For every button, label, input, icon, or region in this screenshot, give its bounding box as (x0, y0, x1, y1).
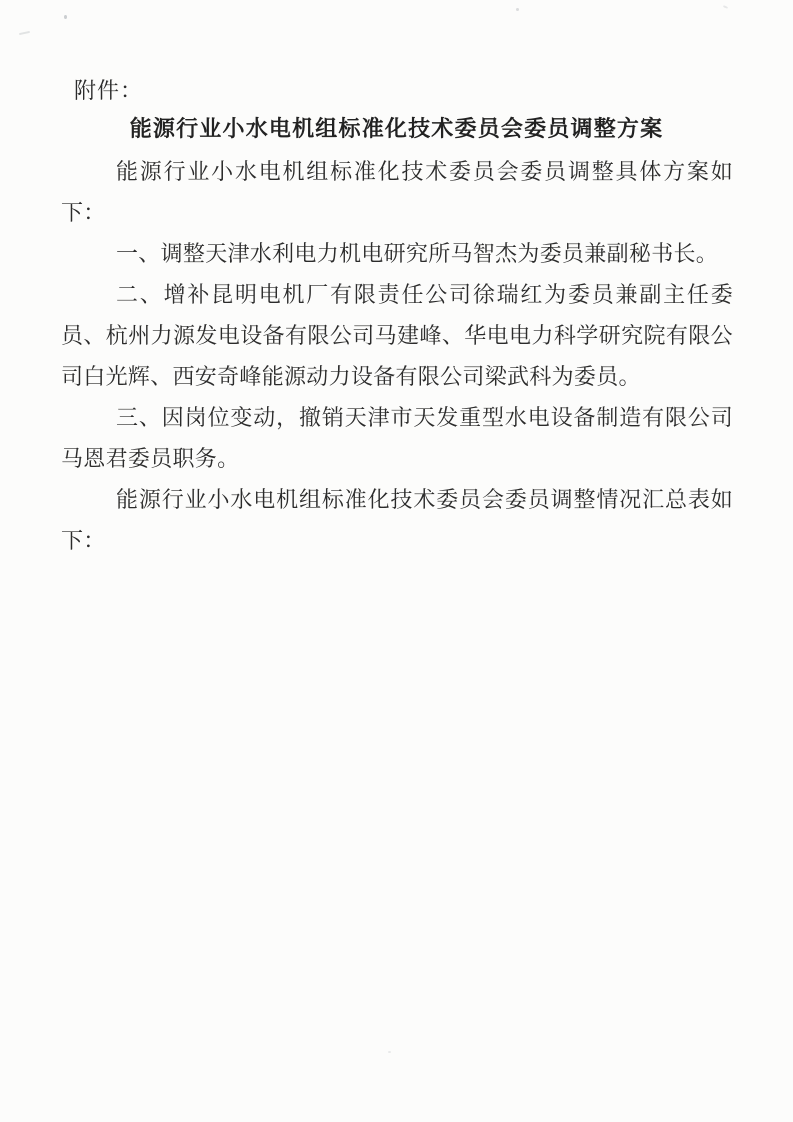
paragraph-item-3: 三、因岗位变动，撤销天津市天发重型水电设备制造有限公司马恩君委员职务。 (61, 397, 733, 479)
document-body: 能源行业小水电机组标准化技术委员会委员调整具体方案如下： 一、调整天津水利电力机… (61, 151, 733, 561)
scan-speck (19, 31, 30, 35)
scan-speck (516, 8, 519, 11)
paragraph-item-1: 一、调整天津水利电力机电研究所马智杰为委员兼副秘书长。 (61, 233, 733, 274)
paragraph-intro: 能源行业小水电机组标准化技术委员会委员调整具体方案如下： (61, 151, 733, 233)
paragraph-item-2: 二、增补昆明电机厂有限责任公司徐瑞红为委员兼副主任委员、杭州力源发电设备有限公司… (61, 274, 733, 397)
attachment-label: 附件： (74, 70, 143, 111)
scanned-document-page: 附件： 能源行业小水电机组标准化技术委员会委员调整方案 能源行业小水电机组标准化… (0, 0, 793, 1122)
scan-speck (388, 1051, 391, 1053)
document-title: 能源行业小水电机组标准化技术委员会委员调整方案 (0, 108, 793, 149)
scan-speck (64, 15, 67, 19)
paragraph-summary-note: 能源行业小水电机组标准化技术委员会委员调整情况汇总表如下： (61, 479, 733, 561)
scan-speck (723, 5, 728, 9)
